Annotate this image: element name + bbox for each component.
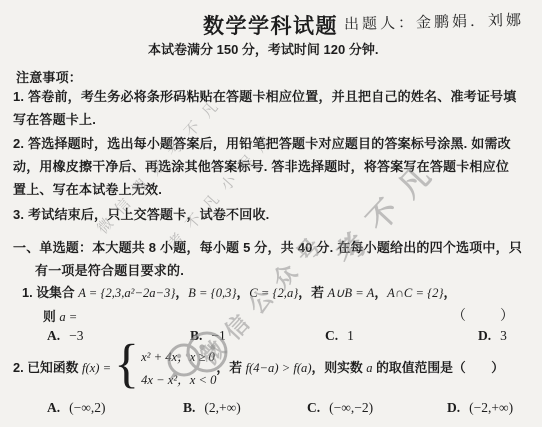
question-2-option-d: D.(−2,+∞)	[447, 400, 513, 416]
question-2-stem: 2. 已知函数 f(x) = { x² + 4x，x ≥ 0 4x − x²，x…	[13, 340, 504, 394]
section-one-heading-line1: 一、单选题：本大题共 8 小题，每小题 5 分，共 40 分. 在每小题给出的四…	[13, 237, 522, 256]
question-1-stem-line2: 则 a =	[43, 306, 77, 326]
notice-line: 动，用橡皮擦干净后、再选涂其他答案标号. 答非选择题时，将答案写在答题卡相应位	[13, 156, 509, 175]
notice-line: 1. 答卷前，考生务必将条形码粘贴在答题卡相应位置，并且把自己的姓名、准考证号填	[13, 86, 516, 105]
option-value: (−∞,2)	[69, 400, 105, 415]
exam-paper-page: 数学学科试题 出题人：金鹏娟．刘娜 本试卷满分 150 分，考试时间 120 分…	[0, 0, 542, 427]
notice-heading: 注意事项：	[16, 67, 82, 86]
notice-line: 置上、写在本试卷上无效.	[13, 179, 162, 198]
exam-title: 数学学科试题	[203, 10, 338, 40]
option-label: B.	[183, 400, 195, 415]
notice-line: 3. 考试结束后，只上交答题卡，试卷不回收.	[13, 204, 269, 223]
authors-note: 出题人：金鹏娟．刘娜	[344, 9, 524, 34]
question-1-stem-line1: 1. 设集合 A = {2,3,a²−2a−3}，B = {0,3}，C = {…	[22, 282, 456, 302]
option-label: D.	[447, 400, 460, 415]
exam-info: 本试卷满分 150 分，考试时间 120 分钟.	[148, 39, 378, 58]
wechat-chat-bubbles-logo-icon	[160, 327, 236, 385]
option-value: (2,+∞)	[204, 400, 240, 415]
option-value: (−2,+∞)	[469, 400, 513, 415]
question-1-answer-blank: （ ）	[452, 305, 516, 325]
option-value: (−∞,−2)	[329, 400, 373, 415]
question-2-stem-suffix: ，若 f(4−a) > f(a)，则实数 a 的取值范围是（ ）	[216, 357, 504, 377]
option-label: C.	[307, 400, 320, 415]
question-2-options-row: A.(−∞,2) B.(2,+∞) C.(−∞,−2) D.(−2,+∞)	[0, 400, 542, 418]
question-2-option-b: B.(2,+∞)	[183, 400, 241, 416]
question-2-option-a: A.(−∞,2)	[47, 400, 105, 416]
section-one-heading-line2: 有一项是符合题目要求的.	[35, 260, 184, 279]
notice-line: 2. 答选择题时，选出每小题答案后，用铅笔把答题卡对应题目的答案标号涂黑. 如需…	[13, 133, 511, 152]
option-label: A.	[47, 400, 60, 415]
notice-line: 写在答题卡上.	[13, 109, 96, 128]
question-2-option-c: C.(−∞,−2)	[307, 400, 373, 416]
piecewise-brace: {	[114, 339, 139, 391]
question-2-stem-prefix: 2. 已知函数 f(x) =	[13, 357, 111, 377]
